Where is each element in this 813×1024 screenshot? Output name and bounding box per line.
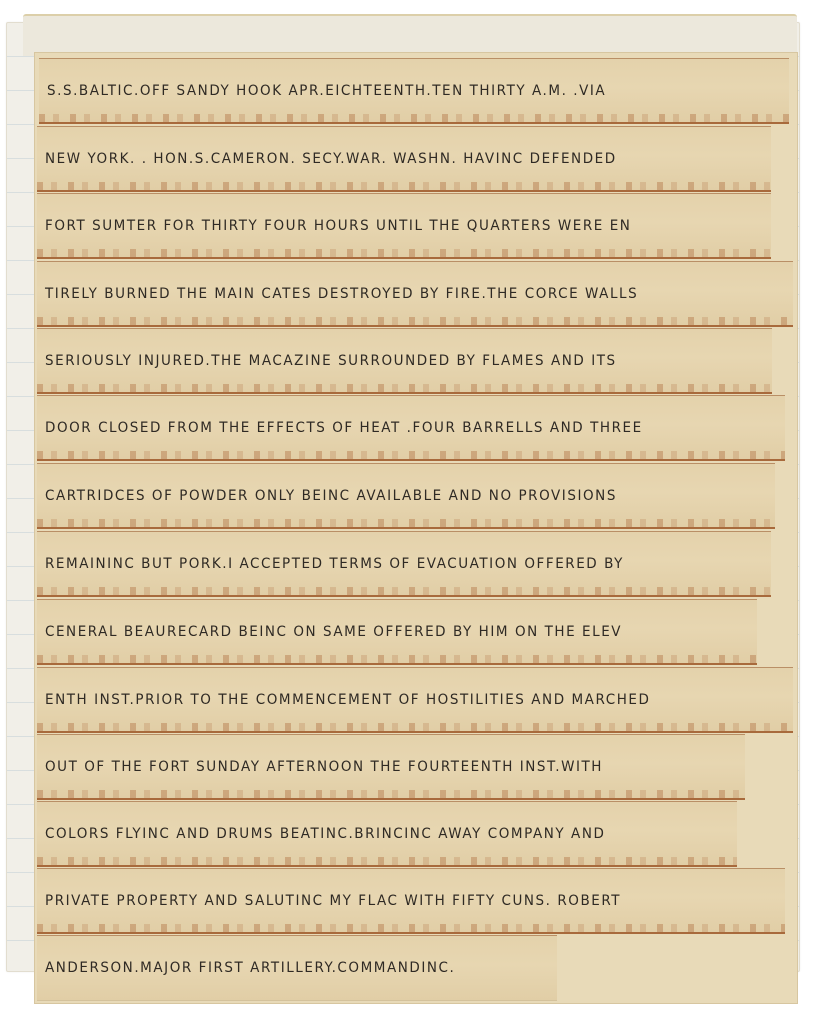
rust-stain [37, 249, 771, 257]
rust-stain [37, 384, 772, 392]
strip-text: NEW YORK. . HON.S.CAMERON. SECY.WAR. WAS… [37, 150, 617, 167]
telegram-strip: ANDERSON.MAJOR FIRST ARTILLERY.COMMANDIN… [37, 935, 557, 1001]
telegram-strip: SERIOUSLY INJURED.THE MACAZINE SURROUNDE… [37, 328, 772, 394]
strip-text: CENERAL BEAURECARD BEINC ON SAME OFFERED… [37, 623, 622, 640]
telegram-strip: CARTRIDCES OF POWDER ONLY BEINC AVAILABL… [37, 463, 775, 529]
telegram-strip: PRIVATE PROPERTY AND SALUTINC MY FLAC WI… [37, 868, 785, 934]
rust-stain [37, 655, 757, 663]
rust-stain [37, 451, 785, 459]
strip-text: ANDERSON.MAJOR FIRST ARTILLERY.COMMANDIN… [37, 960, 455, 977]
strip-text: PRIVATE PROPERTY AND SALUTINC MY FLAC WI… [37, 892, 621, 909]
telegram-strip: CENERAL BEAURECARD BEINC ON SAME OFFERED… [37, 599, 757, 665]
rust-stain [37, 182, 771, 190]
rust-stain [37, 790, 745, 798]
telegram-strip: OUT OF THE FORT SUNDAY AFTERNOON THE FOU… [37, 734, 745, 800]
rust-stain [37, 924, 785, 932]
rust-stain [37, 857, 737, 865]
strip-text: OUT OF THE FORT SUNDAY AFTERNOON THE FOU… [37, 758, 603, 775]
telegram-strip: FORT SUMTER FOR THIRTY FOUR HOURS UNTIL … [37, 193, 771, 259]
strip-text: FORT SUMTER FOR THIRTY FOUR HOURS UNTIL … [37, 217, 631, 234]
rust-stain [37, 317, 793, 325]
telegram-strip: S.S.BALTIC.OFF SANDY HOOK APR.EICHTEENTH… [39, 58, 789, 124]
strip-text: ENTH INST.PRIOR TO THE COMMENCEMENT OF H… [37, 691, 650, 708]
strip-text: CARTRIDCES OF POWDER ONLY BEINC AVAILABL… [37, 487, 617, 504]
telegram-strip: DOOR CLOSED FROM THE EFFECTS OF HEAT .FO… [37, 395, 785, 461]
strip-text: SERIOUSLY INJURED.THE MACAZINE SURROUNDE… [37, 352, 617, 369]
strip-text: COLORS FLYINC AND DRUMS BEATINC.BRINCINC… [37, 825, 605, 842]
rust-stain [37, 519, 775, 527]
strip-text: REMAININC BUT PORK.I ACCEPTED TERMS OF E… [37, 555, 624, 572]
telegram-strip: NEW YORK. . HON.S.CAMERON. SECY.WAR. WAS… [37, 126, 771, 192]
rust-stain [37, 723, 793, 731]
telegram-strip: ENTH INST.PRIOR TO THE COMMENCEMENT OF H… [37, 667, 793, 733]
strip-text: TIRELY BURNED THE MAIN CATES DESTROYED B… [37, 285, 638, 302]
telegram-strip: REMAININC BUT PORK.I ACCEPTED TERMS OF E… [37, 531, 771, 597]
strip-text: S.S.BALTIC.OFF SANDY HOOK APR.EICHTEENTH… [39, 82, 606, 99]
top-paper-edge [23, 14, 797, 56]
rust-stain [37, 587, 771, 595]
rust-stain [39, 114, 789, 122]
strip-text: DOOR CLOSED FROM THE EFFECTS OF HEAT .FO… [37, 419, 643, 436]
telegram-strip: TIRELY BURNED THE MAIN CATES DESTROYED B… [37, 261, 793, 327]
telegram-strip: COLORS FLYINC AND DRUMS BEATINC.BRINCINC… [37, 801, 737, 867]
